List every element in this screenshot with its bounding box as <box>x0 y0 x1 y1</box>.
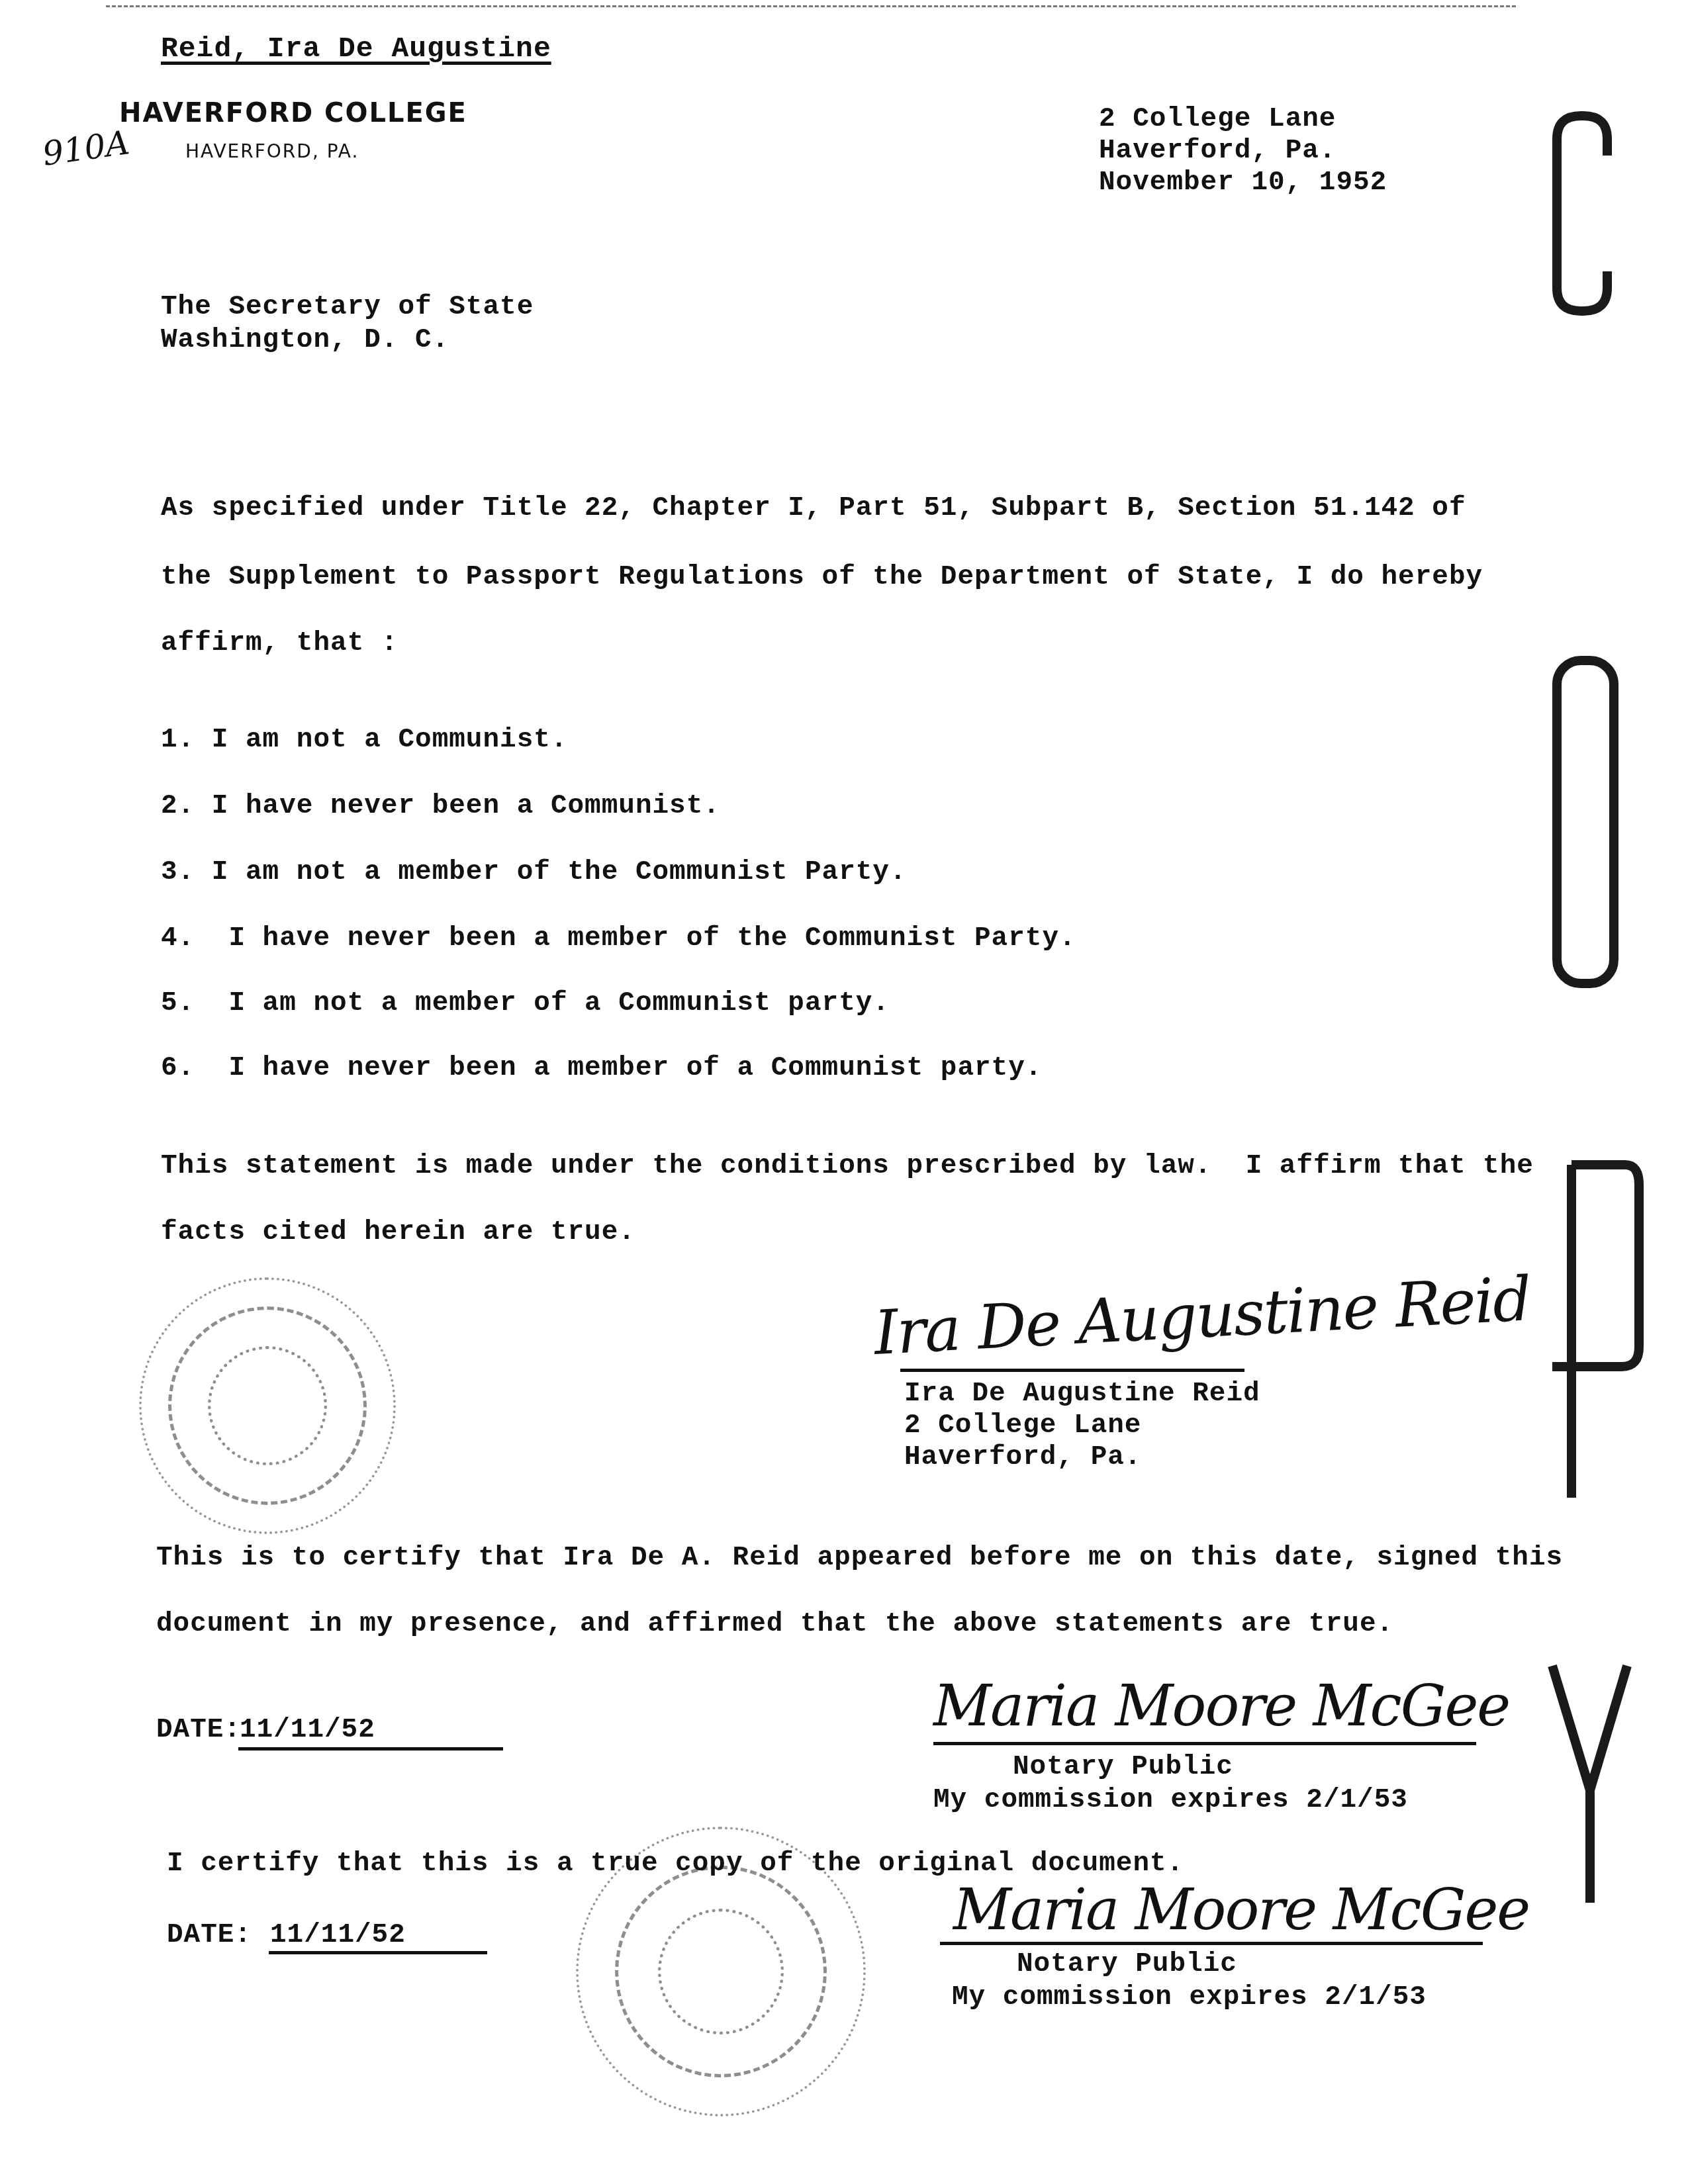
notary-date-value: 11/11/52 <box>240 1717 375 1744</box>
affirmation-item: 6. I have never been a member of a Commu… <box>161 1055 1042 1082</box>
affirmation-item: 3. I am not a member of the Communist Pa… <box>161 859 907 886</box>
copy-cert-signature: Maria Moore McGee <box>953 1877 1529 1943</box>
affirmation-item: 4. I have never been a member of the Com… <box>161 925 1076 952</box>
copy-stamp-letters <box>1523 99 1655 2019</box>
copy-letter-c <box>1557 116 1607 311</box>
sender-address-line1: 2 College Lane <box>1099 106 1336 133</box>
intro-line2: the Supplement to Passport Regulations o… <box>161 564 1483 591</box>
signature-line <box>900 1369 1244 1372</box>
copy-date-label: DATE: <box>167 1922 252 1949</box>
copy-cert-commission: My commission expires 2/1/53 <box>952 1984 1427 2011</box>
date-line <box>269 1951 487 1954</box>
statement-line2: facts cited herein are true. <box>161 1219 635 1246</box>
sender-address-line2: Haverford, Pa. <box>1099 138 1336 165</box>
signer-name: Ira De Augustine Reid <box>904 1381 1260 1408</box>
copy-letter-o <box>1557 660 1614 983</box>
intro-line3: affirm, that : <box>161 630 398 657</box>
letterhead-name: HAVERFORD COLLEGE <box>119 98 467 128</box>
copy-letter-p <box>1552 1165 1639 1498</box>
signer-signature: Ira De Augustine Reid <box>872 1263 1532 1369</box>
affirmation-item: 5. I am not a member of a Communist part… <box>161 990 890 1017</box>
handwritten-annotation: 910A <box>40 123 132 173</box>
letter-date: November 10, 1952 <box>1099 169 1387 197</box>
copy-letter-y <box>1552 1666 1627 1903</box>
recipient-line1: The Secretary of State <box>161 294 534 321</box>
copy-cert-title: Notary Public <box>1017 1951 1237 1978</box>
copy-date-value: 11/11/52 <box>270 1922 406 1949</box>
signer-address2: Haverford, Pa. <box>904 1444 1141 1471</box>
signature-line <box>940 1942 1483 1945</box>
notary-title: Notary Public <box>1013 1754 1233 1781</box>
affirmation-item: 2. I have never been a Communist. <box>161 793 720 820</box>
notary-commission: My commission expires 2/1/53 <box>933 1787 1408 1814</box>
notary-line2: document in my presence, and affirmed th… <box>156 1611 1393 1638</box>
copy-cert-line1: I certify that this is a true copy of th… <box>167 1850 1184 1878</box>
letterhead-location: HAVERFORD, PA. <box>185 140 359 162</box>
recipient-line2: Washington, D. C. <box>161 327 449 354</box>
notary-line1: This is to certify that Ira De A. Reid a… <box>156 1545 1563 1572</box>
file-header: Reid, Ira De Augustine <box>161 34 551 63</box>
date-line <box>238 1747 503 1751</box>
signature-line <box>933 1742 1476 1745</box>
scan-artifact-line <box>106 5 1516 7</box>
affirmation-item: 1. I am not a Communist. <box>161 727 568 754</box>
intro-line1: As specified under Title 22, Chapter I, … <box>161 495 1466 522</box>
notary-date-label: DATE: <box>156 1717 241 1744</box>
signer-address1: 2 College Lane <box>904 1412 1141 1439</box>
notary-seal <box>139 1277 396 1534</box>
statement-line1: This statement is made under the conditi… <box>161 1153 1534 1180</box>
notary-signature: Maria Moore McGee <box>933 1673 1509 1739</box>
